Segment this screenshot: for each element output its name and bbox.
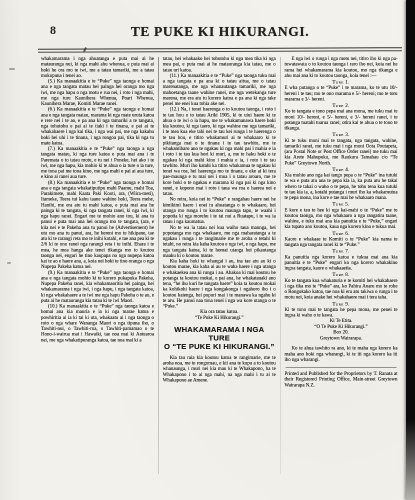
- body-paragraph: No reira, koia nei te “Puke” e rangahau …: [163, 197, 276, 225]
- page-number: 8: [50, 23, 56, 38]
- ture-body: E kore e tau te hee ki nga kai-mahi o te…: [285, 207, 398, 230]
- body-paragraph: whakamarama i nga ahuatanga e puta mai a…: [41, 56, 154, 79]
- body-paragraph: (8.) Ka manaakitia e te “Puke” nga taong…: [41, 180, 154, 270]
- ture-body: Ki te tono mai te tangata he pepa mona, …: [285, 307, 398, 318]
- section-heading-line: WHAKAMARAMA I NGA TURE: [163, 325, 276, 342]
- body-paragraph: tatau, hei whakaako hei tohutohu ki nga …: [163, 56, 276, 73]
- section-heading-line: O “TE PUKE KI HIKURANGI.”: [163, 342, 276, 351]
- signoff-line: “Te Puke Ki Hikurangi.”: [163, 315, 276, 321]
- ture-body: Ki te tuku moni mai te tangata, nga tang…: [285, 138, 398, 166]
- column-right: E nga iwi o runga i nga motu nei, titiro…: [282, 56, 401, 474]
- scan-artifact: [9, 68, 15, 70]
- ture-body: Kia mohio ano nga kai tango pepa o te “P…: [285, 173, 398, 201]
- body-paragraph: (12.) Na, i tenei haerenga o to koutou t…: [163, 107, 276, 197]
- scan-artifact: [7, 262, 11, 264]
- section-heading: WHAKAMARAMA I NGA TURE O “TE PUKE KI HIK…: [163, 325, 276, 351]
- ture-heading: Ture 5.: [285, 201, 398, 208]
- ture-heading: Ture 8.: [285, 271, 398, 278]
- newspaper-page: 8 TE PUKE KI HIKURANGI. whakamarama i ng…: [0, 0, 415, 500]
- body-paragraph: Kia tau raia kia koutou katoa te rangima…: [163, 355, 276, 383]
- column-left: whakamarama i nga ahuatanga e puta mai a…: [38, 56, 157, 474]
- ture-heading: Ture 1.: [285, 79, 398, 86]
- masthead-rule: [38, 47, 402, 53]
- note-paragraph: Ko te ahua tawhito ra ano, ki te maha ng…: [285, 346, 398, 363]
- body-paragraph: (10.) Ka manaakitia e te “Puke” nga taon…: [41, 304, 154, 343]
- body-paragraph: (5.) Ka manaakitia e te “Puke” nga taong…: [41, 79, 154, 107]
- ture-body: Ka panuitia nga korero katoa e tukua mai…: [285, 254, 398, 271]
- page-header: 8 TE PUKE KI HIKURANGI.: [38, 20, 402, 44]
- ture-heading: Ture 7.: [285, 248, 398, 255]
- ture-heading: Ture 4.: [285, 166, 398, 173]
- body-paragraph: (9.) Ka manaakitia e te “Puke” nga taong…: [41, 270, 154, 304]
- ture-body: Ko te tangata e tono pepa mai ana mona, …: [285, 109, 398, 132]
- text-body: whakamarama i nga ahuatanga e puta mai a…: [38, 56, 402, 474]
- masthead-title: TE PUKE KI HIKURANGI.: [38, 20, 402, 40]
- scan-edge-bar: [406, 0, 415, 500]
- ture-body: Kaore e whakaae te Komiti o te “Puke” ki…: [285, 236, 398, 247]
- ture-heading: Ture 9.: [285, 300, 398, 307]
- imprint: Printed and Published for the Proprietor…: [285, 371, 398, 388]
- body-paragraph: (6.) Ka manaakitia e te “Puke” nga taong…: [41, 107, 154, 146]
- body-paragraph: (11.) Ka manaakitia e te “Puke” nga taon…: [163, 73, 276, 107]
- column-rule: [158, 57, 159, 474]
- column-rule: [280, 57, 281, 474]
- ture-body: E wha putanga o te “Puke” i te marama, k…: [285, 85, 398, 102]
- body-paragraph: No te wa ia tatau nei kua waiho taua mau…: [163, 225, 276, 259]
- body-paragraph: Kia kaha hoki te whangai i au, ina tae a…: [163, 259, 276, 310]
- body-paragraph: E nga iwi o runga i nga motu nei, titiro…: [285, 56, 398, 79]
- ture-heading: Ture 3.: [285, 131, 398, 138]
- column-middle: tatau, hei whakaako hei tohutohu ki nga …: [160, 56, 279, 474]
- body-paragraph: (7.) Ka manaakitia e te “Puke” nga taong…: [41, 146, 154, 180]
- ture-body: Ko te tangata kua whakaturia e te komiti…: [285, 278, 398, 301]
- imprint-rule: [286, 367, 397, 368]
- ture-heading: Ture 6.: [285, 230, 398, 237]
- ture-heading: Ture 2.: [285, 102, 398, 109]
